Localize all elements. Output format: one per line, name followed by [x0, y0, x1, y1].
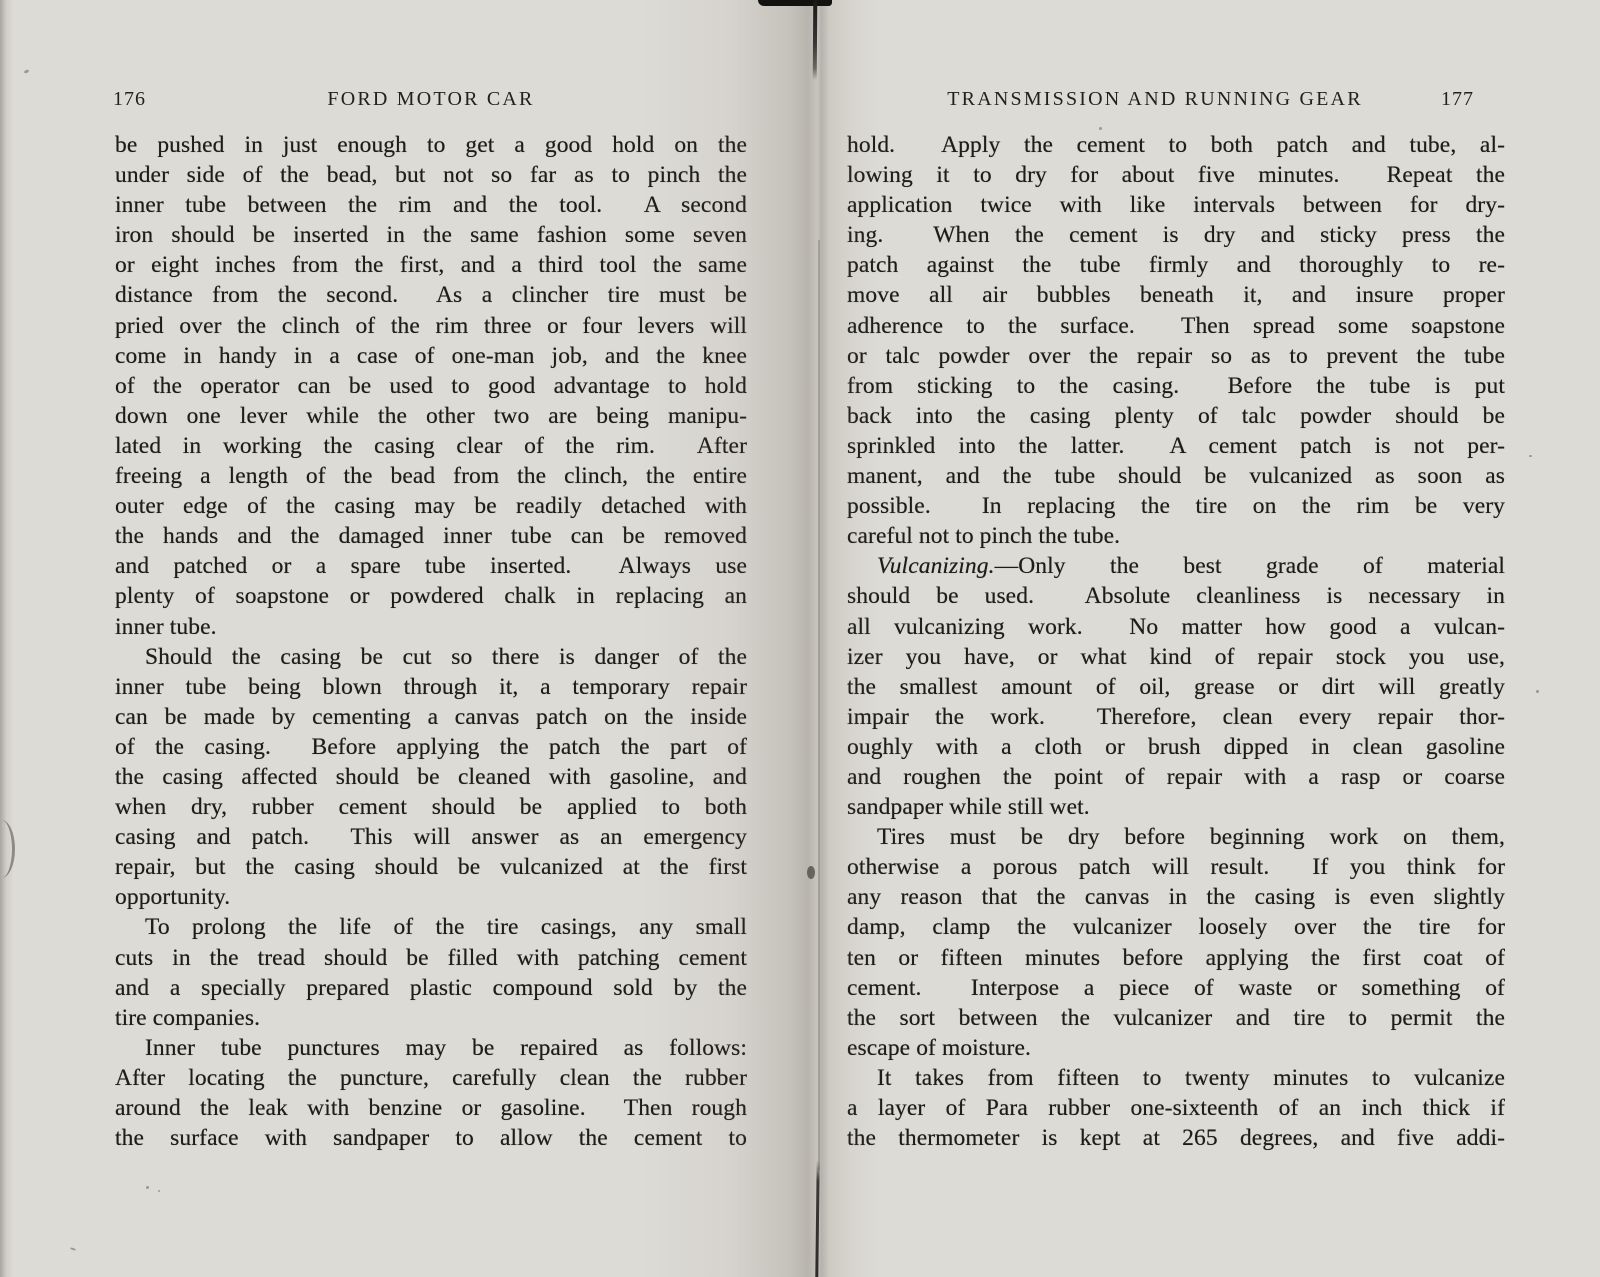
text-line: should be used. Absolute cleanliness is … [847, 581, 1505, 611]
spine-ink-blob-top [758, 0, 832, 6]
text-line: from sticking to the casing. Before the … [847, 371, 1505, 401]
spine-ink-blot [807, 866, 815, 879]
text-line: all vulcanizing work. No matter how good… [847, 612, 1505, 642]
text-line: and roughen the point of repair with a r… [847, 762, 1505, 792]
text-line: the thermometer is kept at 265 degrees, … [847, 1123, 1505, 1153]
text-line: otherwise a porous patch will result. If… [847, 852, 1505, 882]
text-line: lowing it to dry for about five minutes.… [847, 160, 1505, 190]
right-running-head: TRANSMISSION AND RUNNING GEAR [825, 88, 1485, 111]
text-line: a layer of Para rubber one-sixteenth of … [847, 1093, 1505, 1123]
text-line: the smallest amount of oil, grease or di… [847, 672, 1505, 702]
text-line: oughly with a cloth or brush dipped in c… [847, 732, 1505, 762]
speckle [1099, 127, 1102, 130]
text-line: ten or fifteen minutes before applying t… [847, 943, 1505, 973]
text-line: damp, clamp the vulcanizer loosely over … [847, 912, 1505, 942]
speckle [1529, 455, 1532, 457]
speckle [1536, 690, 1539, 693]
text-line: cement. Interpose a piece of waste or so… [847, 973, 1505, 1003]
spine-crease-top [813, 0, 818, 80]
spine-crease-mid [818, 240, 820, 1170]
book-scan: 176 FORD MOTOR CAR be pushed in just eno… [0, 0, 1600, 1277]
text-line: izer you have, or what kind of repair st… [847, 642, 1505, 672]
text-line: sprinkled into the latter. A cement patc… [847, 431, 1505, 461]
text-line: back into the casing plenty of talc powd… [847, 401, 1505, 431]
text-line: manent, and the tube should be vulcanize… [847, 461, 1505, 491]
speckle [158, 1190, 160, 1192]
text-line: Vulcanizing.—Only the best grade of mate… [847, 551, 1505, 581]
speckle [146, 1186, 149, 1189]
text-line: hold. Apply the cement to both patch and… [847, 130, 1505, 160]
text-line: adherence to the surface. Then spread so… [847, 311, 1505, 341]
speckle [24, 69, 30, 74]
text-line: Tires must be dry before beginning work … [847, 822, 1505, 852]
text-line: impair the work. Therefore, clean every … [847, 702, 1505, 732]
text-line: escape of moisture. [847, 1033, 1505, 1063]
spine-gutter-shadow [640, 0, 880, 1277]
text-line: careful not to pinch the tube. [847, 521, 1505, 551]
text-line: the sort between the vulcanizer and tire… [847, 1003, 1505, 1033]
text-line: It takes from fifteen to twenty minutes … [847, 1063, 1505, 1093]
right-page-number: 177 [1441, 88, 1474, 111]
text-line: or talc powder over the repair so as to … [847, 341, 1505, 371]
right-text-column: hold. Apply the cement to both patch and… [847, 130, 1505, 1153]
text-line: patch against the tube firmly and thorou… [847, 250, 1505, 280]
text-line: application twice with like intervals be… [847, 190, 1505, 220]
speckle [70, 1247, 76, 1251]
scan-left-edge-shadow [0, 0, 14, 1277]
text-line: possible. In replacing the tire on the r… [847, 491, 1505, 521]
text-line: sandpaper while still wet. [847, 792, 1505, 822]
text-line: any reason that the canvas in the casing… [847, 882, 1505, 912]
text-line: ing. When the cement is dry and sticky p… [847, 220, 1505, 250]
text-line: move all air bubbles beneath it, and ins… [847, 280, 1505, 310]
